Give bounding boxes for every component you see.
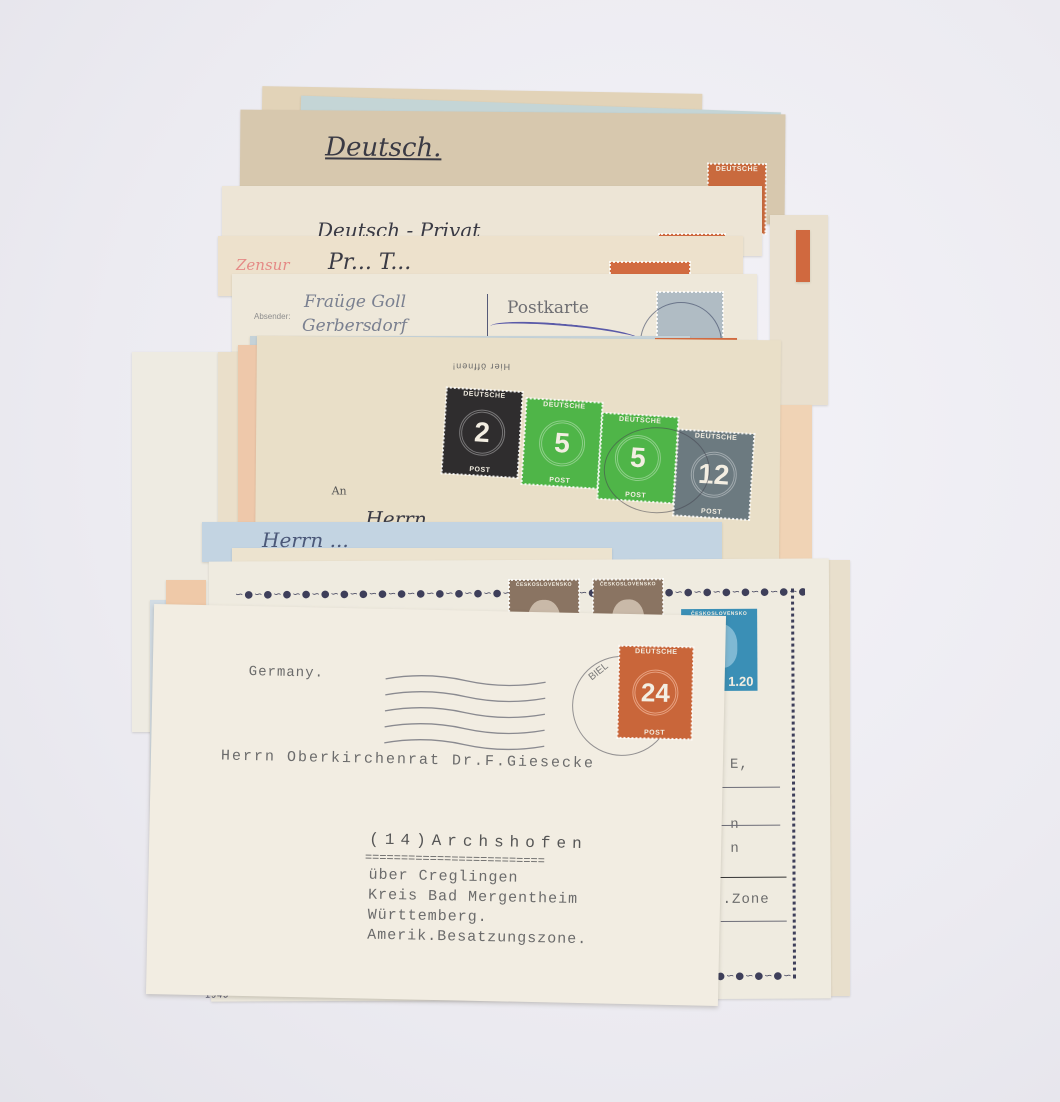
czech-fragment-1: E,	[730, 757, 749, 773]
czech-rule-2	[720, 825, 780, 826]
sender-label: Absender:	[254, 312, 290, 321]
address-city: (14)Archshofen	[369, 831, 588, 854]
czech-fragment-4: .Zone	[723, 892, 770, 908]
sender-line-1: Fraüge Goll	[304, 292, 406, 312]
sender-line-2: Gerbersdorf	[302, 316, 407, 336]
postkarte-title: Postkarte	[507, 298, 589, 318]
red-stamp-fragment	[796, 230, 810, 282]
czech-rule-3	[721, 877, 787, 878]
address-line-2: über Creglingen	[368, 867, 518, 887]
handwriting-deutsch: Deutsch.	[325, 132, 442, 163]
photo-scene: Deutsch. DEUTSCHE 24 POST Deutsch - Priv…	[0, 0, 1060, 1102]
country-line: Germany.	[249, 664, 325, 682]
stamp-2-pfennig: DEUTSCHE2POST	[442, 387, 523, 477]
stamp-5-pfennig: DEUTSCHE5POST	[521, 398, 602, 488]
red-censor-mark: Zensur	[236, 256, 290, 274]
machine-cancel-waves	[379, 669, 551, 763]
czech-fragment-3: n	[730, 841, 739, 857]
address-line-3: Kreis Bad Mergentheim	[368, 887, 578, 908]
address-underline: =========================	[365, 851, 545, 869]
postmark-town: BIEL	[587, 661, 611, 683]
czech-rule-4	[721, 921, 787, 922]
front-envelope: Germany. BIEL DEUTSCHE 24 POST Herrn Obe…	[146, 604, 726, 1006]
address-line-5: Amerik.Besatzungszone.	[367, 927, 587, 949]
address-label-an: An	[332, 484, 347, 497]
stamp-24-pfennig: DEUTSCHE 24 POST	[617, 646, 693, 740]
postmark-middle	[603, 427, 710, 514]
handwriting-name: Pr... T...	[328, 250, 411, 275]
ornamental-border-right	[791, 589, 802, 979]
address-line-4: Württemberg.	[368, 907, 488, 927]
czech-rule-1	[720, 787, 780, 788]
open-here-mirrored: Hier öffnen!	[452, 361, 510, 372]
